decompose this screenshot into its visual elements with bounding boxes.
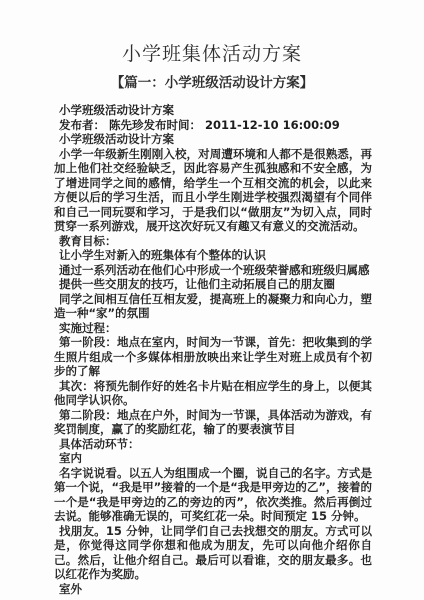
document-body: 小学班级活动设计方案 发布者： 陈先珍发布时间： 2011-12-10 16:0…	[54, 103, 372, 596]
paragraph: 教育目标：	[54, 234, 372, 249]
paragraph: 第一阶段：地点在室内，时间为一节课，首先：把收集到的学生照片组成一个多媒体相册放…	[54, 335, 372, 379]
paragraph: 同学之间相互信任互相友爱，提高班上的凝聚力和向心力，塑造一种“家”的氛围	[54, 292, 372, 321]
paragraph: 让小学生对新入的班集体有个整体的认识	[54, 248, 372, 263]
doc-heading: 小学班级活动设计方案	[54, 103, 372, 118]
page-title: 小学班集体活动方案	[0, 42, 424, 66]
paragraph: 小学班级活动设计方案	[54, 132, 372, 147]
paragraph: 小学一年级新生刚刚入校，对周遭环境和人都不是很熟悉，再加上他们社交经验缺乏，因此…	[54, 147, 372, 234]
paragraph: 具体活动环节：	[54, 437, 372, 452]
paragraph: 找朋友。15 分钟，让同学们自己去找想交的朋友。方式可以是，你觉得这同学你想和他…	[54, 524, 372, 582]
paragraph: 其次：将预先制作好的姓名卡片贴在相应学生的身上，以便其他同学认识你。	[54, 379, 372, 408]
paragraph: 室外	[54, 582, 372, 597]
document-page: 小学班集体活动方案 【篇一：小学班级活动设计方案】 小学班级活动设计方案 发布者…	[0, 0, 424, 600]
paragraph: 名字说说看。以五人为组围成一个圈，说自己的名字。方式是第一个说，“我是甲”接着的…	[54, 466, 372, 524]
paragraph: 第二阶段：地点在户外，时间为一节课，具体活动为游戏，有奖罚制度，赢了的奖励红花，…	[54, 408, 372, 437]
paragraph: 提供一些交朋友的技巧，让他们主动拓展自己的朋友圈	[54, 277, 372, 292]
paragraph: 室内	[54, 451, 372, 466]
section-subtitle: 【篇一：小学班级活动设计方案】	[0, 74, 424, 92]
publisher-line: 发布者： 陈先珍发布时间： 2011-12-10 16:00:09	[54, 118, 372, 133]
paragraph: 实施过程：	[54, 321, 372, 336]
paragraph: 通过一系列活动在他们心中形成一个班级荣誉感和班级归属感	[54, 263, 372, 278]
